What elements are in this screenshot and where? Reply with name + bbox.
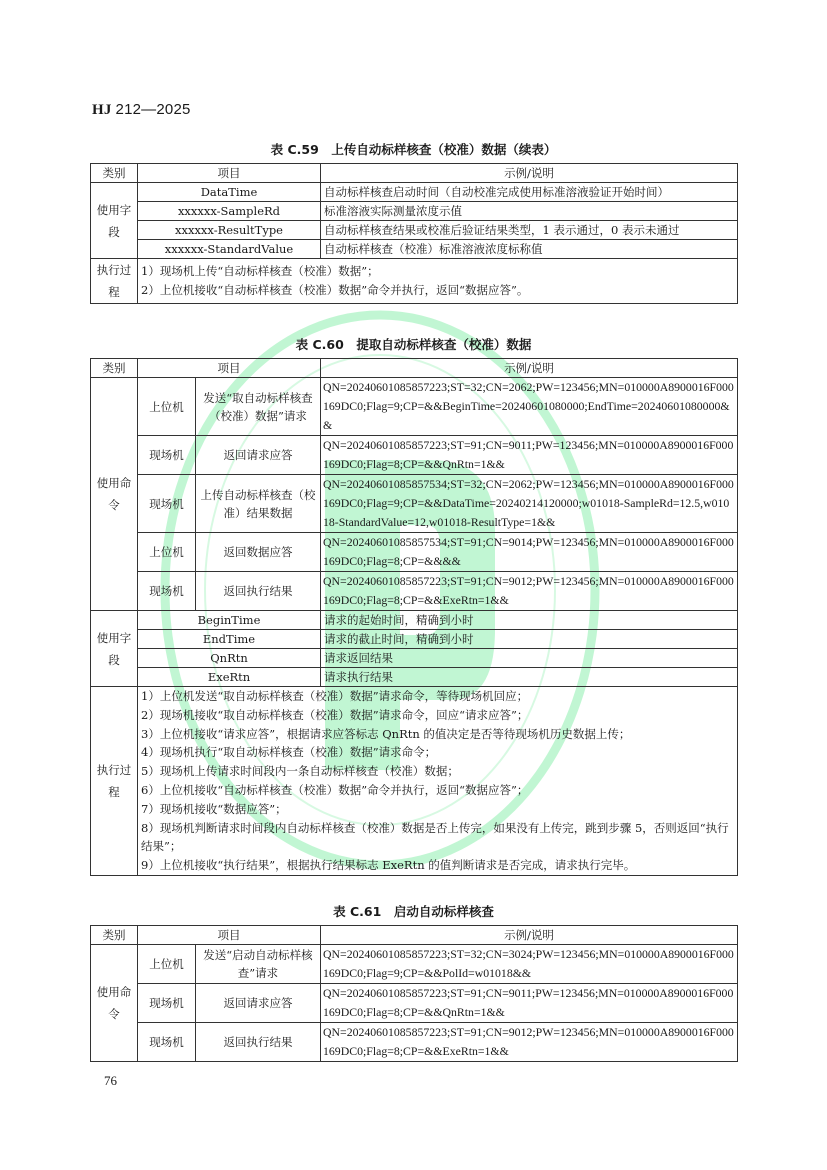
field-name: ExeRtn <box>138 668 321 687</box>
table-c59-caption: 表 C.59 上传自动标样核查（校准）数据（续表） <box>90 140 737 158</box>
command-actor: 现场机 <box>138 436 196 475</box>
table-row: 现场机 返回请求应答 QN=20240601085857223;ST=91;CN… <box>91 436 738 475</box>
table-c61-caption: 表 C.61 启动自动标样核查 <box>90 902 737 920</box>
table-c61: 类别 项目 示例/说明 使用命令 上位机 发送“启动自动标样核查”请求 QN=2… <box>90 925 738 1062</box>
table-header-row: 类别 项目 示例/说明 <box>91 926 738 945</box>
standard-code: HJ <box>92 102 112 118</box>
category-fields: 使用字段 <box>91 611 138 687</box>
field-desc: 自动标样核查（校准）标准溶液浓度标称值 <box>321 240 738 259</box>
field-name: QnRtn <box>138 649 321 668</box>
col-header-item: 项目 <box>138 164 321 183</box>
process-steps: 1）上位机发送“取自动标样核查（校准）数据”请求命令，等待现场机回应； 2）现场… <box>138 687 738 876</box>
process-step: 2）现场机接收“取自动标样核查（校准）数据”请求命令，回应“请求应答”； <box>141 706 734 725</box>
command-action: 发送“取自动标样核查（校准）数据”请求 <box>196 378 321 436</box>
table-row: 现场机 返回执行结果 QN=20240601085857223;ST=91;CN… <box>91 572 738 611</box>
field-name: BeginTime <box>138 611 321 630</box>
table-row: ExeRtn 请求执行结果 <box>91 668 738 687</box>
command-action: 返回请求应答 <box>196 436 321 475</box>
col-header-category: 类别 <box>91 926 138 945</box>
command-actor: 现场机 <box>138 984 196 1023</box>
page-number: 76 <box>104 1073 117 1089</box>
table-row: xxxxxx-SampleRd 标准溶液实际测量浓度示值 <box>91 202 738 221</box>
field-desc: 自动标样核查结果或校准后验证结果类型，1 表示通过，0 表示未通过 <box>321 221 738 240</box>
process-step: 2）上位机接收“自动标样核查（校准）数据”命令并执行，返回“数据应答”。 <box>141 281 734 300</box>
field-name: xxxxxx-SampleRd <box>138 202 321 221</box>
command-example: QN=20240601085857534;ST=32;CN=2062;PW=12… <box>321 475 738 533</box>
process-step: 1）现场机上传“自动标样核查（校准）数据”； <box>141 262 734 281</box>
field-name: xxxxxx-StandardValue <box>138 240 321 259</box>
process-step: 6）上位机接收“自动标样核查（校准）数据”命令并执行，返回“数据应答”； <box>141 781 734 800</box>
process-step: 9）上位机接收“执行结果”，根据执行结果标志 ExeRtn 的值判断请求是否完成… <box>141 856 734 875</box>
col-header-item: 项目 <box>138 926 321 945</box>
table-c59: 类别 项目 示例/说明 使用字段 DataTime 自动标样核查启动时间（自动校… <box>90 163 738 304</box>
col-header-example: 示例/说明 <box>321 164 738 183</box>
table-row: 上位机 返回数据应答 QN=20240601085857534;ST=91;CN… <box>91 533 738 572</box>
process-step: 1）上位机发送“取自动标样核查（校准）数据”请求命令，等待现场机回应； <box>141 687 734 706</box>
command-actor: 上位机 <box>138 378 196 436</box>
table-row: 使用命令 上位机 发送“启动自动标样核查”请求 QN=2024060108585… <box>91 945 738 984</box>
command-actor: 上位机 <box>138 533 196 572</box>
command-actor: 上位机 <box>138 945 196 984</box>
document-header: HJ 212—2025 <box>92 101 191 119</box>
table-row: 现场机 上传自动标样核查（校准）结果数据 QN=2024060108585753… <box>91 475 738 533</box>
category-process: 执行过程 <box>91 259 138 304</box>
field-desc: 标准溶液实际测量浓度示值 <box>321 202 738 221</box>
table-c60-caption: 表 C.60 提取自动标样核查（校准）数据 <box>90 335 737 353</box>
command-action: 返回执行结果 <box>196 1023 321 1062</box>
table-row: xxxxxx-StandardValue 自动标样核查（校准）标准溶液浓度标称值 <box>91 240 738 259</box>
table-header-row: 类别 项目 示例/说明 <box>91 359 738 378</box>
command-action: 返回请求应答 <box>196 984 321 1023</box>
process-step: 3）上位机接收“请求应答”，根据请求应答标志 QnRtn 的值决定是否等待现场机… <box>141 725 734 744</box>
category-commands: 使用命令 <box>91 945 138 1062</box>
process-step: 7）现场机接收“数据应答”； <box>141 800 734 819</box>
table-row: xxxxxx-ResultType 自动标样核查结果或校准后验证结果类型，1 表… <box>91 221 738 240</box>
table-row: 现场机 返回执行结果 QN=20240601085857223;ST=91;CN… <box>91 1023 738 1062</box>
command-action: 上传自动标样核查（校准）结果数据 <box>196 475 321 533</box>
col-header-item: 项目 <box>138 359 321 378</box>
table-row: 执行过程 1）现场机上传“自动标样核查（校准）数据”； 2）上位机接收“自动标样… <box>91 259 738 304</box>
field-name: xxxxxx-ResultType <box>138 221 321 240</box>
field-name: EndTime <box>138 630 321 649</box>
command-actor: 现场机 <box>138 475 196 533</box>
field-desc: 自动标样核查启动时间（自动校准完成使用标准溶液验证开始时间） <box>321 183 738 202</box>
table-row: QnRtn 请求返回结果 <box>91 649 738 668</box>
command-action: 返回数据应答 <box>196 533 321 572</box>
table-row: 现场机 返回请求应答 QN=20240601085857223;ST=91;CN… <box>91 984 738 1023</box>
command-actor: 现场机 <box>138 572 196 611</box>
command-example: QN=20240601085857223;ST=32;CN=2062;PW=12… <box>321 378 738 436</box>
field-desc: 请求的截止时间，精确到小时 <box>321 630 738 649</box>
table-c60: 类别 项目 示例/说明 使用命令 上位机 发送“取自动标样核查（校准）数据”请求… <box>90 358 738 876</box>
table-header-row: 类别 项目 示例/说明 <box>91 164 738 183</box>
process-step: 5）现场机上传请求时间段内一条自动标样核查（校准）数据； <box>141 762 734 781</box>
category-commands: 使用命令 <box>91 378 138 611</box>
process-step: 8）现场机判断请求时间段内自动标样核查（校准）数据是否上传完，如果没有上传完，跳… <box>141 819 734 857</box>
standard-number: 212—2025 <box>116 101 191 118</box>
col-header-example: 示例/说明 <box>321 359 738 378</box>
table-row: 使用命令 上位机 发送“取自动标样核查（校准）数据”请求 QN=20240601… <box>91 378 738 436</box>
command-example: QN=20240601085857223;ST=32;CN=3024;PW=12… <box>321 945 738 984</box>
command-example: QN=20240601085857223;ST=91;CN=9011;PW=12… <box>321 436 738 475</box>
command-example: QN=20240601085857223;ST=91;CN=9011;PW=12… <box>321 984 738 1023</box>
col-header-category: 类别 <box>91 359 138 378</box>
command-action: 发送“启动自动标样核查”请求 <box>196 945 321 984</box>
command-example: QN=20240601085857223;ST=91;CN=9012;PW=12… <box>321 572 738 611</box>
field-desc: 请求的起始时间，精确到小时 <box>321 611 738 630</box>
command-actor: 现场机 <box>138 1023 196 1062</box>
table-row: EndTime 请求的截止时间，精确到小时 <box>91 630 738 649</box>
field-desc: 请求执行结果 <box>321 668 738 687</box>
command-action: 返回执行结果 <box>196 572 321 611</box>
table-row: 使用字段 DataTime 自动标样核查启动时间（自动校准完成使用标准溶液验证开… <box>91 183 738 202</box>
process-steps: 1）现场机上传“自动标样核查（校准）数据”； 2）上位机接收“自动标样核查（校准… <box>138 259 738 304</box>
category-fields: 使用字段 <box>91 183 138 259</box>
category-process: 执行过程 <box>91 687 138 876</box>
col-header-category: 类别 <box>91 164 138 183</box>
field-name: DataTime <box>138 183 321 202</box>
command-example: QN=20240601085857223;ST=91;CN=9012;PW=12… <box>321 1023 738 1062</box>
command-example: QN=20240601085857534;ST=91;CN=9014;PW=12… <box>321 533 738 572</box>
table-row: 使用字段 BeginTime 请求的起始时间，精确到小时 <box>91 611 738 630</box>
process-step: 4）现场机执行“取自动标样核查（校准）数据”请求命令； <box>141 743 734 762</box>
col-header-example: 示例/说明 <box>321 926 738 945</box>
table-row: 执行过程 1）上位机发送“取自动标样核查（校准）数据”请求命令，等待现场机回应；… <box>91 687 738 876</box>
field-desc: 请求返回结果 <box>321 649 738 668</box>
